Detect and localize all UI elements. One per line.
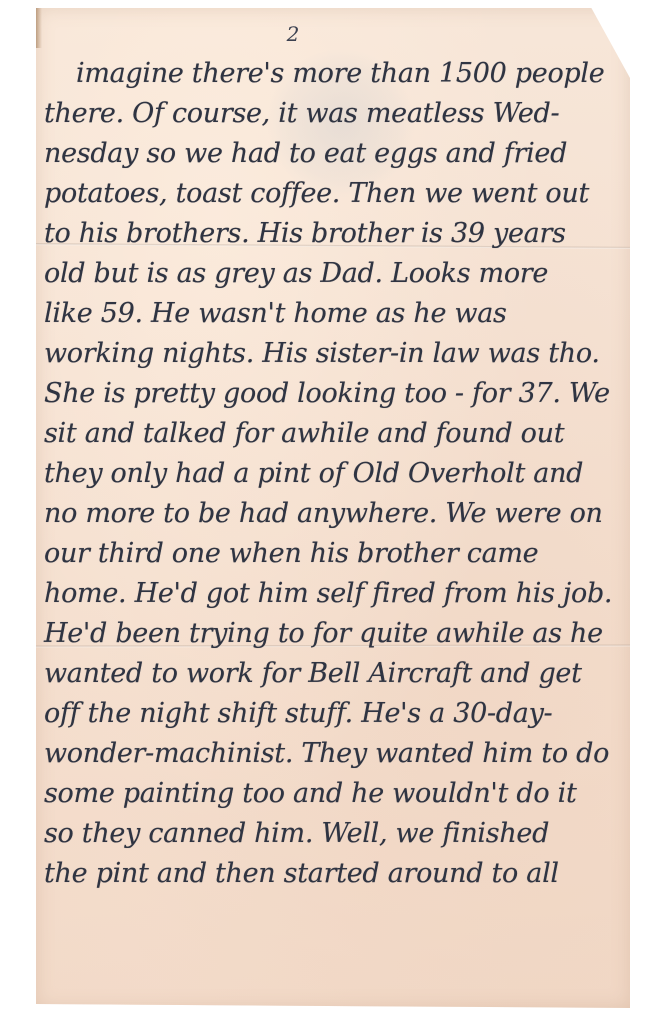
text-line: they only had a pint of Old Overholt and: [36, 454, 630, 494]
text-line: working nights. His sister-in law was th…: [36, 334, 630, 374]
text-line: potatoes, toast coffee. Then we went out: [36, 174, 630, 214]
scan-background: 2 imagine there's more than 1500 people …: [0, 0, 656, 1024]
text-line: so they canned him. Well, we finished: [36, 814, 630, 854]
text-line: old but is as grey as Dad. Looks more: [36, 254, 630, 294]
text-line: home. He'd got him self fired from his j…: [36, 574, 630, 614]
letter-body: imagine there's more than 1500 people th…: [36, 54, 630, 894]
text-line: He'd been trying to for quite awhile as …: [36, 614, 630, 654]
text-line: sit and talked for awhile and found out: [36, 414, 630, 454]
text-line: our third one when his brother came: [36, 534, 630, 574]
text-line: wanted to work for Bell Aircraft and get: [36, 654, 630, 694]
text-line: some painting too and he wouldn't do it: [36, 774, 630, 814]
text-line: no more to be had anywhere. We were on: [36, 494, 630, 534]
text-line: imagine there's more than 1500 people: [36, 54, 630, 94]
text-line: wonder-machinist. They wanted him to do: [36, 734, 630, 774]
text-line: nesday so we had to eat eggs and fried: [36, 134, 630, 174]
text-line: to his brothers. His brother is 39 years: [36, 214, 630, 254]
page-number: 2: [0, 22, 590, 46]
text-line: like 59. He wasn't home as he was: [36, 294, 630, 334]
text-line: there. Of course, it was meatless Wed-: [36, 94, 630, 134]
letter-page: 2 imagine there's more than 1500 people …: [36, 8, 630, 1008]
text-line: the pint and then started around to all: [36, 854, 630, 894]
text-line: She is pretty good looking too - for 37.…: [36, 374, 630, 414]
text-line: off the night shift stuff. He's a 30-day…: [36, 694, 630, 734]
